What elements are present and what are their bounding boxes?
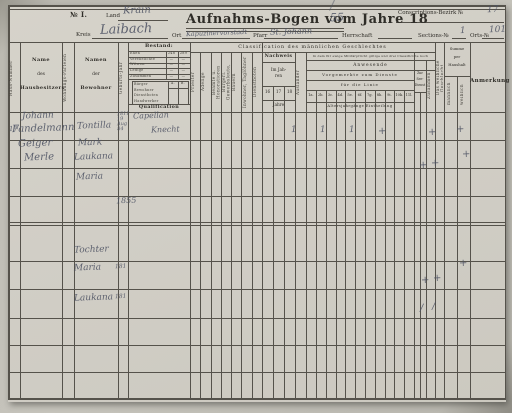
bestand-row-b: 289	[178, 52, 189, 56]
summe-line3: Haushalt	[444, 63, 470, 67]
grid-line-h	[8, 372, 505, 373]
sections-label: Sections-№	[418, 33, 449, 39]
column-hausbesitzer-2: des	[20, 72, 62, 77]
handwriting-entry: Maria	[76, 173, 103, 183]
conscription-district-label: Conscriptions-Bezirk №	[398, 10, 463, 16]
handwriting-entry: +	[433, 274, 442, 284]
grid-line-h	[444, 76, 470, 77]
classification-column-label: Adelige	[201, 54, 210, 110]
bestand-row-label: Ehen	[130, 52, 140, 56]
handwriting-entry: 1	[349, 126, 355, 135]
column-maennlich: männlich	[447, 79, 454, 109]
grid-line-h	[8, 112, 505, 113]
bestand-row-label: Zusammen	[130, 75, 151, 79]
form-number-label: № I.	[70, 11, 87, 19]
nachweis-header: Nachweis	[262, 54, 295, 59]
column-haus-nummer: Haus-Nummer	[9, 48, 19, 108]
kreis-label: Kreis	[76, 32, 91, 38]
grid-line-h	[8, 42, 505, 43]
handwriting-entry: /	[420, 304, 424, 314]
grid-line-v	[188, 81, 189, 104]
classification-column-label: Bauern	[232, 54, 241, 110]
nachweis-line2: ren	[262, 74, 295, 79]
grid-line-h	[8, 345, 505, 346]
column-auslaender: Ausländer	[296, 54, 305, 110]
handwriting-entry: ∕	[330, 0, 336, 12]
handwriting-entry: Geiger	[18, 138, 53, 149]
handwriting-entry: 181	[115, 264, 127, 270]
grid-line-v	[316, 90, 317, 398]
bestand-subcol-a: A.	[168, 82, 178, 86]
handwriting-entry: +	[428, 128, 437, 138]
grid-line-v	[420, 92, 421, 398]
anwesende-header: Anwesende	[306, 63, 435, 68]
herrschaft-label: Herrschaft	[342, 33, 372, 39]
bestand-row-a: 248	[166, 52, 177, 56]
year-value: 55	[330, 12, 344, 23]
grid-line-h	[264, 38, 338, 39]
bestand-sub-row: Handwerker	[134, 100, 159, 104]
grid-line-v	[375, 90, 376, 398]
column-bewohner-1: Namen	[74, 58, 118, 64]
sections-value: 1	[460, 27, 466, 36]
age-column-cell: 4d.	[335, 93, 345, 97]
grid-line-h	[306, 70, 435, 71]
grid-line-v	[505, 5, 506, 400]
bestand-title: Bestand:	[128, 44, 190, 50]
grid-line-h	[414, 92, 426, 93]
bestand-row-label: Ledige	[130, 69, 144, 73]
handwriting-entry: +	[459, 259, 468, 269]
handwriting-entry: 1	[320, 126, 326, 135]
classification-title: Classification des männlichen Geschlecht…	[190, 45, 435, 51]
classification-column-label: Inwohner, Taglöhner	[243, 54, 252, 110]
see-line1: Zur	[414, 72, 426, 76]
grid-line-h	[190, 52, 435, 53]
column-weibliches-geschlecht: Das weibliche Geschlecht	[436, 46, 443, 110]
grid-line-h	[182, 38, 250, 39]
grid-line-v	[336, 90, 337, 398]
grid-line-h	[8, 196, 505, 197]
handwriting-entry: 1811 19 Aug 84	[117, 112, 130, 132]
see-line2: See-	[414, 78, 426, 82]
age-column-cell: 11l.	[404, 93, 414, 97]
bestand-row-b: —	[178, 75, 189, 79]
bestand-row-b: —	[178, 58, 189, 62]
column-wohnungs-parteien: Wohnungs-Parteien	[63, 48, 73, 108]
bestand-row-label: Verehelichte	[130, 58, 155, 62]
grid-line-h	[452, 38, 466, 39]
handwriting-entry: +	[456, 125, 465, 135]
handwriting-entry: Maria	[74, 264, 101, 274]
age-column-cell: 9i.	[385, 93, 395, 97]
orts-label: Orts-№	[470, 33, 489, 39]
grid-line-h	[378, 38, 412, 39]
bestand-row-a: —	[166, 63, 177, 67]
grid-line-h	[8, 5, 506, 7]
grid-line-h	[306, 90, 414, 91]
age-column-cell: 2b.	[316, 93, 326, 97]
vorgemerkte-header: Vorgemerkte zum Dienste	[306, 73, 414, 78]
ort-label: Ort	[172, 33, 181, 39]
grid-line-v	[426, 60, 427, 398]
classification-column-label: Priester	[191, 54, 200, 110]
column-bewohner-2: der	[74, 72, 118, 77]
bestand-row-label: Witwen	[130, 63, 145, 67]
pfarr-value: St. Johann	[270, 27, 312, 36]
grid-line-v	[132, 81, 133, 104]
see-line3: Dienst	[414, 84, 426, 88]
bestand-sub-row: Dienstboten	[134, 94, 158, 98]
age-column-cell: 8h.	[375, 93, 385, 97]
age-column-cell: 5e.	[345, 93, 355, 97]
kreis-value: Laibach	[100, 22, 153, 37]
bestand-sub-row: Bürger	[134, 83, 148, 87]
handwriting-entry: Knecht	[151, 126, 180, 135]
grid-line-v	[404, 90, 405, 398]
grid-line-h	[8, 225, 505, 226]
age-column-cell: 3c.	[326, 93, 336, 97]
column-weiblich: weiblich	[460, 79, 467, 109]
handwriting-entry: Laukana	[74, 152, 113, 162]
age-column-cell: 10k.	[394, 93, 404, 97]
grid-line-h	[262, 86, 295, 87]
orts-value: 101	[489, 26, 506, 36]
grid-line-h	[262, 100, 295, 101]
grid-line-h	[8, 261, 505, 262]
grid-line-h	[8, 222, 505, 223]
nachweis-year-cell: 18	[284, 90, 295, 95]
bestand-row-b: —	[178, 63, 189, 67]
pfarr-label: Pfarr	[253, 33, 267, 39]
column-hausbesitzer-3: Hausbesitzers	[20, 86, 62, 92]
column-geburts-jahr: Geburts-Jahr	[119, 48, 127, 108]
grid-line-h	[262, 62, 295, 63]
bestand-sub-row: Bewohner	[134, 89, 154, 93]
anmerkung-header: Anmerkung	[470, 78, 505, 84]
nachweis-year-cell: 17	[273, 90, 284, 95]
column-zusammen: Zusammen	[427, 62, 434, 110]
handwriting-entry: Tontilla	[77, 121, 111, 131]
grid-line-h	[128, 79, 190, 80]
handwriting-entry: 1	[291, 126, 297, 135]
nachweis-footer: Jahre	[262, 103, 295, 108]
handwriting-entry: 181	[115, 294, 127, 300]
bestand-row-b: —	[178, 69, 189, 73]
handwriting-entry: Laukana	[74, 293, 113, 303]
grid-line-h	[306, 60, 435, 61]
grid-line-v	[394, 90, 395, 398]
grid-line-h	[8, 289, 505, 290]
conscription-district-value: 17	[487, 6, 499, 15]
handwriting-entry: +	[419, 161, 428, 171]
linie-header: für die Linie	[306, 83, 414, 88]
grid-line-h	[168, 88, 188, 89]
classification-column-label: Dienstboten	[253, 54, 262, 110]
handwriting-entry: Tochter	[74, 245, 109, 255]
summe-line1: Summe	[444, 47, 470, 51]
grid-line-v	[355, 90, 356, 398]
grid-line-h	[306, 102, 414, 103]
grid-line-h	[8, 398, 505, 400]
grid-line-v	[273, 86, 274, 398]
handwriting-entry: Capellan	[133, 111, 169, 120]
column-hausbesitzer-1: Name	[20, 58, 62, 64]
handwriting-entry: +	[421, 276, 430, 286]
nachweis-year-cell: 16	[262, 90, 273, 95]
summe-line2: per	[444, 55, 470, 59]
bestand-row-a: —	[166, 75, 177, 79]
grid-line-v	[326, 90, 327, 398]
column-bewohner-3: Bewohner	[74, 86, 118, 92]
classification-column-label: Bürgerl. Gewerbsleute, Künstler	[222, 54, 231, 110]
grid-line-v	[345, 90, 346, 398]
grid-line-v	[365, 90, 366, 398]
grid-line-v	[284, 86, 285, 398]
handwriting-entry: +	[378, 127, 387, 137]
altersjahrgaenge-footer: Altersjahrgänge Eintheilung	[306, 104, 414, 108]
grid-line-h	[92, 38, 168, 39]
classification-column-label: Beamte u. Honoratioren	[212, 54, 221, 110]
bestand-row-a: —	[166, 69, 177, 73]
handwriting-entry: Johann	[22, 111, 54, 121]
land-value: Krain	[123, 6, 151, 17]
scanned-census-form-photo: № I. Land Krain Aufnahms-Bogen vom Jahre…	[0, 0, 512, 413]
grid-line-h	[306, 80, 414, 81]
land-label: Land	[106, 13, 120, 19]
bestand-row-a: —	[166, 58, 177, 62]
handwriting-entry: /	[432, 302, 436, 312]
bestand-subcol-b: B.	[178, 82, 188, 86]
age-column-cell: 7g.	[365, 93, 375, 97]
handwriting-entry: Mark	[78, 139, 103, 149]
handwriting-entry: 1855	[116, 197, 137, 206]
handwriting-entry: Merle	[24, 152, 54, 163]
age-column-cell: 1a.	[306, 93, 316, 97]
grid-line-h	[8, 318, 505, 319]
age-column-cell: 6f.	[355, 93, 365, 97]
handwriting-entry: +	[462, 150, 471, 160]
handwriting-entry: +	[431, 159, 440, 169]
conscription-band-note: In dem für ewige Militärpflicht giltige …	[306, 55, 435, 59]
